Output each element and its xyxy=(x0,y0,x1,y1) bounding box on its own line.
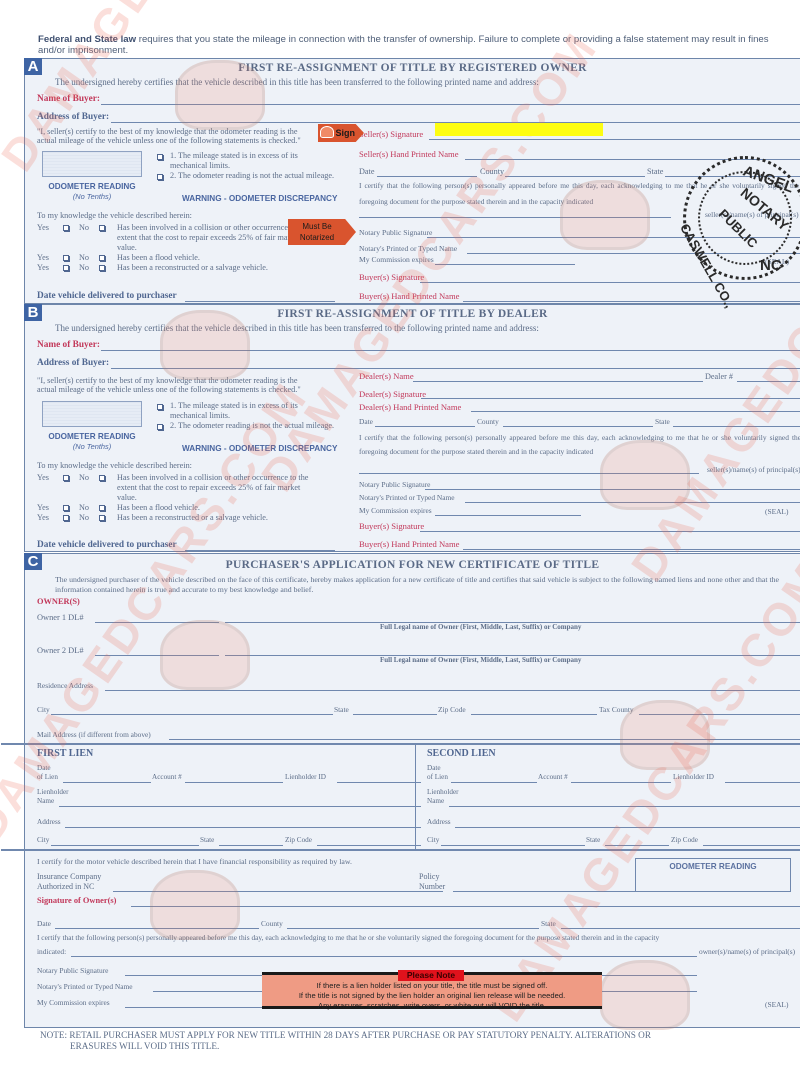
buyer-printed-field[interactable] xyxy=(463,301,800,302)
q3-yes-label: Yes xyxy=(37,263,49,272)
commission-field[interactable] xyxy=(435,264,575,265)
sign-badge-text: Sign xyxy=(336,128,356,138)
q3-text: Has been a reconstructed or a salvage ve… xyxy=(117,263,268,272)
name-of-buyer-field[interactable] xyxy=(101,104,800,105)
indicated-label: indicated: xyxy=(37,947,66,956)
date-label: Date xyxy=(359,417,373,426)
commission-label: My Commission expires xyxy=(37,998,110,1007)
q3-no-checkbox[interactable] xyxy=(99,265,105,271)
city-label: City xyxy=(37,705,50,714)
second-lien-lienholder-id-label: Lienholder ID xyxy=(673,773,714,781)
knowledge-text: To my knowledge the vehicle described he… xyxy=(37,211,192,220)
q1-no-checkbox[interactable] xyxy=(99,225,105,231)
q2-no-label: No xyxy=(79,253,89,262)
please-note-box: Please Note If there is a lien holder li… xyxy=(262,972,602,1009)
second-lien-lienholder-id-field[interactable] xyxy=(725,782,800,783)
notary-signature-label: Notary Public Signature xyxy=(359,228,432,237)
notary-signature-label: Notary Public Signature xyxy=(37,966,108,975)
q1-yes-label: Yes xyxy=(37,473,49,482)
second-lien-date-field[interactable] xyxy=(451,782,537,783)
please-note-heading: Please Note xyxy=(398,970,464,981)
stmt1-text: 1. The mileage stated is in excess of it… xyxy=(170,151,335,171)
notary-printed-field[interactable] xyxy=(465,502,800,503)
first-lien-lienholder-id-field[interactable] xyxy=(337,782,421,783)
please-note-line3: Any erasures, scratches, write overs, or… xyxy=(262,1001,602,1011)
county-field[interactable] xyxy=(287,928,539,929)
knowledge-text: To my knowledge the vehicle described he… xyxy=(37,461,192,470)
odometer-reading-label: ODOMETER READING xyxy=(37,432,147,441)
date-field[interactable] xyxy=(377,176,477,177)
second-lien-name-label-2: Name xyxy=(427,797,444,805)
state-label: State xyxy=(334,705,349,714)
section-divider xyxy=(1,849,800,851)
name-of-buyer-label: Name of Buyer: xyxy=(37,340,100,350)
buyer-signature-field[interactable] xyxy=(420,282,800,283)
date-delivered-label: Date vehicle delivered to purchaser xyxy=(37,540,177,550)
q3-no-label: No xyxy=(79,263,89,272)
date-label: Date xyxy=(37,919,51,928)
first-lien-lienholder-id-label: Lienholder ID xyxy=(285,773,326,781)
owner2-dl-field[interactable] xyxy=(95,655,219,656)
q2-yes-label: Yes xyxy=(37,253,49,262)
commission-label: My Commission expires xyxy=(359,506,432,515)
section-b-subtitle: The undersigned hereby certifies that th… xyxy=(55,323,539,333)
q3-no-label: No xyxy=(79,513,89,522)
buyer-printed-field[interactable] xyxy=(463,549,800,550)
insurance-label-1: Insurance Company xyxy=(37,872,101,881)
odometer-reading-label: ODOMETER READING xyxy=(37,182,147,191)
residence-field[interactable] xyxy=(105,690,800,691)
commission-label: My Commission expires xyxy=(359,255,434,264)
second-lien-title: SECOND LIEN xyxy=(427,748,496,759)
stmt1-checkbox[interactable] xyxy=(157,404,163,410)
commission-field[interactable] xyxy=(435,515,581,516)
stamp-state: NC xyxy=(760,257,782,274)
owner2-name-caption: Full Legal name of Owner (First, Middle,… xyxy=(380,656,581,664)
second-lien-name-field[interactable] xyxy=(449,806,800,807)
residence-label: Residence Address xyxy=(37,681,93,690)
policy-field[interactable] xyxy=(453,891,639,892)
second-lien-city-label: City xyxy=(427,836,439,844)
odometer-no-tenths: (No Tenths) xyxy=(37,192,147,201)
stmt1-text: 1. The mileage stated is in excess of it… xyxy=(170,401,335,421)
buyer-signature-field[interactable] xyxy=(420,531,800,532)
zip-field[interactable] xyxy=(471,714,597,715)
principals-field[interactable] xyxy=(71,956,697,957)
seal-label: (SEAL) xyxy=(765,507,788,516)
state-field[interactable] xyxy=(353,714,437,715)
section-c-subtitle: The undersigned purchaser of the vehicle… xyxy=(55,575,795,595)
owner1-dl-label: Owner 1 DL# xyxy=(37,613,84,622)
first-lien-state-field[interactable] xyxy=(219,845,283,846)
insurance-field[interactable] xyxy=(113,891,443,892)
name-of-buyer-label: Name of Buyer: xyxy=(37,94,100,104)
lien-divider xyxy=(415,745,416,849)
state-label: State xyxy=(655,417,670,426)
section-a-subtitle: The undersigned hereby certifies that th… xyxy=(55,77,539,87)
certify-line-2: actual mileage of the vehicle unless one… xyxy=(37,385,301,394)
notary-printed-label: Notary's Printed or Typed Name xyxy=(359,244,457,253)
q1-text: Has been involved in a collision or othe… xyxy=(117,473,317,503)
footer-note: NOTE: RETAIL PURCHASER MUST APPLY FOR NE… xyxy=(40,1030,780,1052)
first-lien-address-field[interactable] xyxy=(65,827,421,828)
mail-address-field[interactable] xyxy=(169,739,800,740)
first-lien-city-field[interactable] xyxy=(51,845,199,846)
stmt2-text: 2. The odometer reading is not the actua… xyxy=(170,171,335,181)
second-lien-account-field[interactable] xyxy=(571,782,671,783)
seal-label: (SEAL) xyxy=(765,1000,788,1009)
section-a: A FIRST RE-ASSIGNMENT OF TITLE BY REGIST… xyxy=(24,58,800,304)
state-label: State xyxy=(647,167,663,176)
second-lien-zip-field[interactable] xyxy=(703,845,800,846)
seller-signature-field[interactable] xyxy=(429,139,800,140)
first-lien-account-label: Account # xyxy=(152,773,182,781)
certify-line-1: "I, seller(s) certify to the best of my … xyxy=(37,376,298,385)
dealer-signature-field[interactable] xyxy=(421,398,800,399)
owners-heading: OWNER(S) xyxy=(37,597,80,606)
notarized-badge-line1: Must Be xyxy=(288,221,346,232)
notary-printed-label: Notary's Printed or Typed Name xyxy=(359,493,455,502)
odometer-warning: WARNING - ODOMETER DISCREPANCY xyxy=(182,444,337,453)
state-field[interactable] xyxy=(561,928,800,929)
first-lien-account-field[interactable] xyxy=(185,782,283,783)
first-lien-name-field[interactable] xyxy=(59,806,421,807)
financial-responsibility-text: I certify for the motor vehicle describe… xyxy=(37,857,352,866)
q1-yes-checkbox[interactable] xyxy=(63,475,69,481)
legal-notice: Federal and State law requires that you … xyxy=(38,34,798,56)
first-lien-date-field[interactable] xyxy=(63,782,151,783)
car-mascot-icon xyxy=(320,126,334,138)
section-c-title: PURCHASER'S APPLICATION FOR NEW CERTIFIC… xyxy=(25,559,800,571)
principals-field[interactable] xyxy=(359,217,671,218)
notarized-badge-line2: Notarized xyxy=(288,232,346,243)
q2-no-checkbox[interactable] xyxy=(99,255,105,261)
policy-label-1: Policy xyxy=(419,872,439,881)
address-of-buyer-field[interactable] xyxy=(111,368,800,369)
dealer-name-label: Dealer(s) Name xyxy=(359,371,414,381)
second-lien-account-label: Account # xyxy=(538,773,568,781)
date-delivered-field[interactable] xyxy=(185,301,335,302)
odometer-reading-input[interactable] xyxy=(42,151,142,177)
date-delivered-field[interactable] xyxy=(185,550,335,551)
second-lien-address-label: Address xyxy=(427,818,451,826)
q3-yes-checkbox[interactable] xyxy=(63,515,69,521)
second-lien-date-label-1: Date xyxy=(427,764,441,772)
owner1-dl-field[interactable] xyxy=(95,622,219,623)
county-label: County xyxy=(480,167,504,176)
odometer-no-tenths: (No Tenths) xyxy=(37,442,147,451)
stmt2-checkbox[interactable] xyxy=(157,424,163,430)
q1-yes-label: Yes xyxy=(37,223,49,232)
second-lien-state-label: State xyxy=(586,836,600,844)
first-lien-zip-label: Zip Code xyxy=(285,836,312,844)
footer-line2: ERASURES WILL VOID THIS TITLE. xyxy=(40,1041,780,1052)
buyer-signature-label: Buyer(s) Signature xyxy=(359,272,424,282)
certify-line-2: actual mileage of the vehicle unless one… xyxy=(37,136,301,145)
owner-signature-field[interactable] xyxy=(131,906,800,907)
name-of-buyer-field[interactable] xyxy=(101,350,800,351)
q2-yes-checkbox[interactable] xyxy=(63,505,69,511)
tax-county-field[interactable] xyxy=(639,714,800,715)
owner2-dl-label: Owner 2 DL# xyxy=(37,646,84,655)
odometer-warning: WARNING - ODOMETER DISCREPANCY xyxy=(182,194,337,203)
second-lien-city-field[interactable] xyxy=(441,845,585,846)
odometer-reading-label: ODOMETER READING xyxy=(636,862,790,871)
section-divider xyxy=(1,743,800,745)
address-of-buyer-label: Address of Buyer: xyxy=(37,112,109,122)
seller-printed-label: Seller(s) Hand Printed Name xyxy=(359,149,459,159)
notary-certify-text: I certify that the following person(s) p… xyxy=(37,933,800,942)
date-delivered-label: Date vehicle delivered to purchaser xyxy=(37,291,177,301)
date-field[interactable] xyxy=(55,928,259,929)
stmt1-checkbox[interactable] xyxy=(157,154,163,160)
first-lien-title: FIRST LIEN xyxy=(37,748,93,759)
first-lien-zip-field[interactable] xyxy=(317,845,421,846)
q1-text: Has been involved in a collision or othe… xyxy=(117,223,317,253)
q3-yes-label: Yes xyxy=(37,513,49,522)
insurance-label-2: Authorized in NC xyxy=(37,882,94,891)
owner1-name-caption: Full Legal name of Owner (First, Middle,… xyxy=(380,623,581,631)
notary-printed-label: Notary's Printed or Typed Name xyxy=(37,982,133,991)
second-lien-address-field[interactable] xyxy=(455,827,800,828)
county-field[interactable] xyxy=(505,176,645,177)
please-note-line2: If the title is not signed by the lien h… xyxy=(262,991,602,1001)
dealer-printed-field[interactable] xyxy=(471,411,800,412)
principals-label: owner(s)/name(s) of principal(s) xyxy=(699,947,795,956)
address-of-buyer-label: Address of Buyer: xyxy=(37,358,109,368)
q1-no-label: No xyxy=(79,473,89,482)
q1-no-checkbox[interactable] xyxy=(99,475,105,481)
dealer-printed-label: Dealer(s) Hand Printed Name xyxy=(359,402,461,412)
state-field[interactable] xyxy=(673,426,800,427)
q2-no-label: No xyxy=(79,503,89,512)
must-be-notarized-badge: Must Be Notarized xyxy=(288,219,356,245)
city-field[interactable] xyxy=(51,714,333,715)
q3-text: Has been a reconstructed or a salvage ve… xyxy=(117,513,268,522)
q3-yes-checkbox[interactable] xyxy=(63,265,69,271)
section-c: C PURCHASER'S APPLICATION FOR NEW CERTIF… xyxy=(24,553,800,1028)
odometer-reading-box[interactable]: ODOMETER READING xyxy=(635,858,791,892)
county-label: County xyxy=(477,417,499,426)
notary-seal-stamp: ANGEL NOTARY PUBLIC CASWELL CO., NC xyxy=(683,156,800,280)
q2-yes-label: Yes xyxy=(37,503,49,512)
second-lien-date-label-2: of Lien xyxy=(427,773,448,781)
dealer-number-label: Dealer # xyxy=(705,372,733,381)
q2-yes-checkbox[interactable] xyxy=(63,255,69,261)
stmt2-text: 2. The odometer reading is not the actua… xyxy=(170,421,335,431)
zip-label: Zip Code xyxy=(438,705,466,714)
section-b-title: FIRST RE-ASSIGNMENT OF TITLE BY DEALER xyxy=(25,308,800,320)
notary-signature-label: Notary Public Signature xyxy=(359,480,430,489)
legal-notice-bold: Federal and State law xyxy=(38,34,136,45)
q2-text: Has been a flood vehicle. xyxy=(117,503,200,512)
second-lien-name-label-1: Lienholder xyxy=(427,788,459,796)
notary-signature-field[interactable] xyxy=(425,489,800,490)
q2-no-checkbox[interactable] xyxy=(99,505,105,511)
dealer-number-field[interactable] xyxy=(737,381,800,382)
second-lien-zip-label: Zip Code xyxy=(671,836,698,844)
principals-label: seller(s)/name(s) of principal(s) xyxy=(707,465,800,474)
buyer-printed-label: Buyer(s) Hand Printed Name xyxy=(359,291,459,301)
first-lien-name-label-2: Name xyxy=(37,797,54,805)
first-lien-state-label: State xyxy=(200,836,214,844)
first-lien-address-label: Address xyxy=(37,818,61,826)
buyer-signature-label: Buyer(s) Signature xyxy=(359,521,424,531)
legal-notice-text: requires that you state the mileage in c… xyxy=(38,34,769,56)
principals-field[interactable] xyxy=(359,473,699,474)
owner-signature-label: Signature of Owner(s) xyxy=(37,896,116,905)
first-lien-city-label: City xyxy=(37,836,49,844)
please-note-line1: If there is a lien holder listed on your… xyxy=(262,981,602,991)
county-field[interactable] xyxy=(503,426,653,427)
q3-no-checkbox[interactable] xyxy=(99,515,105,521)
odometer-reading-input[interactable] xyxy=(42,401,142,427)
certify-line-1: "I, seller(s) certify to the best of my … xyxy=(37,127,298,136)
state-label: State xyxy=(541,919,556,928)
second-lien-state-field[interactable] xyxy=(605,845,669,846)
commission-field[interactable] xyxy=(125,1007,265,1008)
section-a-title: FIRST RE-ASSIGNMENT OF TITLE BY REGISTER… xyxy=(25,62,800,74)
seller-signature-label: Seller(s) Signature xyxy=(359,129,423,139)
tax-county-label: Tax County xyxy=(599,705,634,714)
section-b: B FIRST RE-ASSIGNMENT OF TITLE BY DEALER… xyxy=(24,304,800,552)
buyer-printed-label: Buyer(s) Hand Printed Name xyxy=(359,539,459,549)
date-field[interactable] xyxy=(375,426,475,427)
county-label: County xyxy=(261,919,283,928)
first-lien-date-label-2: of Lien xyxy=(37,773,58,781)
q2-text: Has been a flood vehicle. xyxy=(117,253,200,262)
policy-label-2: Number xyxy=(419,882,445,891)
first-lien-date-label-1: Date xyxy=(37,764,51,772)
stmt2-checkbox[interactable] xyxy=(157,174,163,180)
dealer-signature-label: Dealer(s) Signature xyxy=(359,389,426,399)
signature-highlight xyxy=(435,123,603,136)
notary-certify-text: I certify that the following person(s) p… xyxy=(359,431,800,459)
first-lien-name-label-1: Lienholder xyxy=(37,788,69,796)
q1-yes-checkbox[interactable] xyxy=(63,225,69,231)
dealer-name-field[interactable] xyxy=(413,381,703,382)
q1-no-label: No xyxy=(79,223,89,232)
sign-here-badge: Sign xyxy=(318,124,364,142)
date-label: Date xyxy=(359,167,374,176)
mail-address-label: Mail Address (if different from above) xyxy=(37,730,151,739)
footer-line1: NOTE: RETAIL PURCHASER MUST APPLY FOR NE… xyxy=(40,1030,651,1040)
